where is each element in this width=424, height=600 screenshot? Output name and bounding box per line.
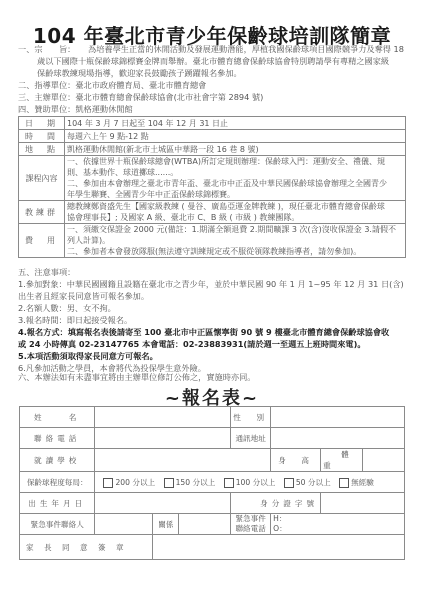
weight-label: 體 重 <box>323 450 364 470</box>
emergency-phone-field[interactable]: H： O： <box>271 514 405 535</box>
note-item: 出生者且經家長同意皆可報名參加。 <box>18 291 149 302</box>
form-row-birthday: 出生年月日 身分證字號 <box>20 493 405 514</box>
info-value: 凱格運動休閒館(新北市土城區中華路一段 16 巷 8 號) <box>65 143 406 156</box>
purpose-line-2: 歲以下國際十瓶保齡球錦標賽金牌而舉辦。臺北市體育總會保齡球協會特別聘請學有專精之… <box>37 56 389 67</box>
name-label: 姓 名 <box>20 407 95 428</box>
emergency-contact-field[interactable] <box>95 514 153 535</box>
sponsor-unit: 四、贊助單位：凱格運動休閒館 <box>18 104 133 115</box>
info-label: 時 間 <box>19 130 65 143</box>
level-option-none[interactable]: 無經驗 <box>333 477 374 488</box>
info-row-date: 日 期 104 年 3 月 7 日起至 104 年 12 月 31 日止 <box>19 117 406 130</box>
level-option-50[interactable]: 50 分以上 <box>278 477 331 488</box>
note-item: 3.報名時間：即日起接受報名。 <box>18 315 132 326</box>
address-label: 通訊地址 <box>231 428 271 449</box>
checkbox-icon[interactable] <box>224 478 234 488</box>
relation-field[interactable] <box>179 514 231 535</box>
weight-field[interactable] <box>363 449 405 472</box>
school-field[interactable] <box>95 449 271 472</box>
level-option-150[interactable]: 150 分以上 <box>158 477 216 488</box>
info-value: 104 年 3 月 7 日起至 104 年 12 月 31 日止 <box>65 117 406 130</box>
organizer-unit: 三、主辦單位：臺北市體育總會保齡球協會(北市社會字第 2894 號) <box>18 92 263 103</box>
parent-signature-label: 家 長 同 意 簽 章 <box>20 535 153 560</box>
checkbox-icon[interactable] <box>339 478 349 488</box>
note-item-parent-consent: 5.本項活動須取得家長同意方可報名。 <box>18 351 158 362</box>
course-line-2: 則、基本動作、球道擲球......。 <box>67 167 403 178</box>
course-line-1: 一、依據世界十瓶保齡球總會(WTBA)所訂定規則辦理：保齡球入門：運動安全、禮儀… <box>67 156 403 167</box>
info-row-time: 時 間 每週六上午 9 點-12 點 <box>19 130 406 143</box>
birthday-field[interactable] <box>95 493 231 514</box>
section-six: 六、本辦法如有未盡事宜將由主辦單位修訂公佈之，實施時亦同。 <box>18 372 255 383</box>
registration-form: 姓 名 性 別 聯絡電話 通訊地址 就讀學校 身 高 體 重 保齡球程度每局： … <box>19 406 405 560</box>
coaches-line-2: 協會理事長】; 及國家 A 級、臺北市 C、B 級 ( 市級 ) 教練團隊。 <box>67 212 403 223</box>
emergency-contact-label: 緊急事件聯絡人 <box>20 514 95 535</box>
form-row-name: 姓 名 性 別 <box>20 407 405 428</box>
info-row-location: 地 點 凱格運動休閒館(新北市土城區中華路一段 16 巷 8 號) <box>19 143 406 156</box>
level-option-100[interactable]: 100 分以上 <box>218 477 276 488</box>
course-line-3: 二、參加由本會辦理之臺北市青年盃、臺北市中正盃及中華民國保齡球協會辦理之全國青少 <box>67 178 403 189</box>
form-row-emergency: 緊急事件聯絡人 關係 緊急事件 聯絡電話 H： O： <box>20 514 405 535</box>
note-item: 2.名額人數：男、女不拘。 <box>18 303 116 314</box>
purpose-line-1: 為培養學生正當的休閒活動及發展運動潛能，厚植我國保齡球項目國際競爭力及奪得 18 <box>88 44 404 55</box>
height-field[interactable]: 體 重 <box>321 449 363 472</box>
note-item-registration: 4.報名方式：填寫報名表後請寄至 100 臺北市中正區懷寧街 90 號 9 樓臺… <box>18 327 389 338</box>
fee-line-1: 一、須繳交保證金 2000 元(備註：1.期滿全額退費 2.期間曠課 3 次(含… <box>67 224 403 235</box>
info-label: 地 點 <box>19 143 65 156</box>
info-row-coaches: 教練群 總教練鄭資盛先生【國家級教練 ( 曼谷、廣島亞運金牌教練 )，現任臺北市… <box>19 201 406 224</box>
note-item-registration-fax: 或 24 小時傳真 02-23147765 本會電話：02-23883931(請… <box>18 339 366 350</box>
guidance-unit: 二、指導單位：臺北市政府體育局、臺北市體育總會 <box>18 80 206 91</box>
course-line-4: 年學生聯賽、全國青少年中正盃保齡球錦標賽。 <box>67 189 403 200</box>
phone-home: H： <box>273 514 402 524</box>
form-row-signature: 家 長 同 意 簽 章 <box>20 535 405 560</box>
checkbox-icon[interactable] <box>103 478 113 488</box>
info-table: 日 期 104 年 3 月 7 日起至 104 年 12 月 31 日止 時 間… <box>18 116 406 258</box>
school-label: 就讀學校 <box>20 449 95 472</box>
parent-signature-field[interactable] <box>153 535 405 560</box>
phone-office: O： <box>273 524 402 534</box>
form-row-school: 就讀學校 身 高 體 重 <box>20 449 405 472</box>
birthday-label: 出生年月日 <box>20 493 95 514</box>
info-label: 教練群 <box>19 201 65 224</box>
notes-heading: 五、注意事項： <box>18 267 75 278</box>
checkbox-icon[interactable] <box>284 478 294 488</box>
fee-line-2: 列人計算)。 <box>67 235 403 246</box>
coaches-line-1: 總教練鄭資盛先生【國家級教練 ( 曼谷、廣島亞運金牌教練 )，現任臺北市體育總會… <box>67 201 403 212</box>
gender-label: 性 別 <box>231 407 271 428</box>
address-field[interactable] <box>271 428 405 449</box>
level-options: 200 分以上 150 分以上 100 分以上 50 分以上 無經驗 <box>95 472 405 493</box>
checkbox-icon[interactable] <box>164 478 174 488</box>
info-value: 每週六上午 9 點-12 點 <box>65 130 406 143</box>
purpose-label: 一、宗 旨： <box>18 44 75 55</box>
info-label: 課程內容 <box>19 156 65 201</box>
info-value: 總教練鄭資盛先生【國家級教練 ( 曼谷、廣島亞運金牌教練 )，現任臺北市體育總會… <box>65 201 406 224</box>
phone-label: 聯絡電話 <box>20 428 95 449</box>
info-row-course: 課程內容 一、依據世界十瓶保齡球總會(WTBA)所訂定規則辦理：保齡球入門：運動… <box>19 156 406 201</box>
relation-label: 關係 <box>153 514 179 535</box>
form-row-level: 保齡球程度每局： 200 分以上 150 分以上 100 分以上 50 分以上 … <box>20 472 405 493</box>
id-number-label: 身分證字號 <box>231 493 321 514</box>
level-label: 保齡球程度每局： <box>20 472 95 493</box>
gender-field[interactable] <box>271 407 405 428</box>
form-row-phone: 聯絡電話 通訊地址 <box>20 428 405 449</box>
info-label: 費 用 <box>19 224 65 258</box>
height-label: 身 高 <box>271 449 321 472</box>
info-value: 一、須繳交保證金 2000 元(備註：1.期滿全額退費 2.期間曠課 3 次(含… <box>65 224 406 258</box>
emergency-phone-label: 緊急事件 聯絡電話 <box>231 514 271 535</box>
phone-field[interactable] <box>95 428 231 449</box>
info-label: 日 期 <box>19 117 65 130</box>
level-option-200[interactable]: 200 分以上 <box>97 477 155 488</box>
id-number-field[interactable] <box>321 493 405 514</box>
purpose-line-3: 保齡球教練現場指導，歡迎家長鼓勵孩子踴躍報名參加。 <box>37 68 242 79</box>
info-row-fee: 費 用 一、須繳交保證金 2000 元(備註：1.期滿全額退費 2.期間曠課 3… <box>19 224 406 258</box>
fee-line-3: 二、參加者本會發放隊服(無法遵守訓練規定或不服從領隊教練指導者，請勿參加)。 <box>67 246 403 257</box>
document-page: 104 年臺北市青少年保齡球培訓隊簡章 一、宗 旨： 為培養學生正當的休閒活動及… <box>0 0 424 600</box>
info-value: 一、依據世界十瓶保齡球總會(WTBA)所訂定規則辦理：保齡球入門：運動安全、禮儀… <box>65 156 406 201</box>
note-item: 1.參加對象：中華民國國籍且設籍在臺北市之青少年，並於中華民國 90 年 1 月… <box>18 279 404 290</box>
name-field[interactable] <box>95 407 231 428</box>
